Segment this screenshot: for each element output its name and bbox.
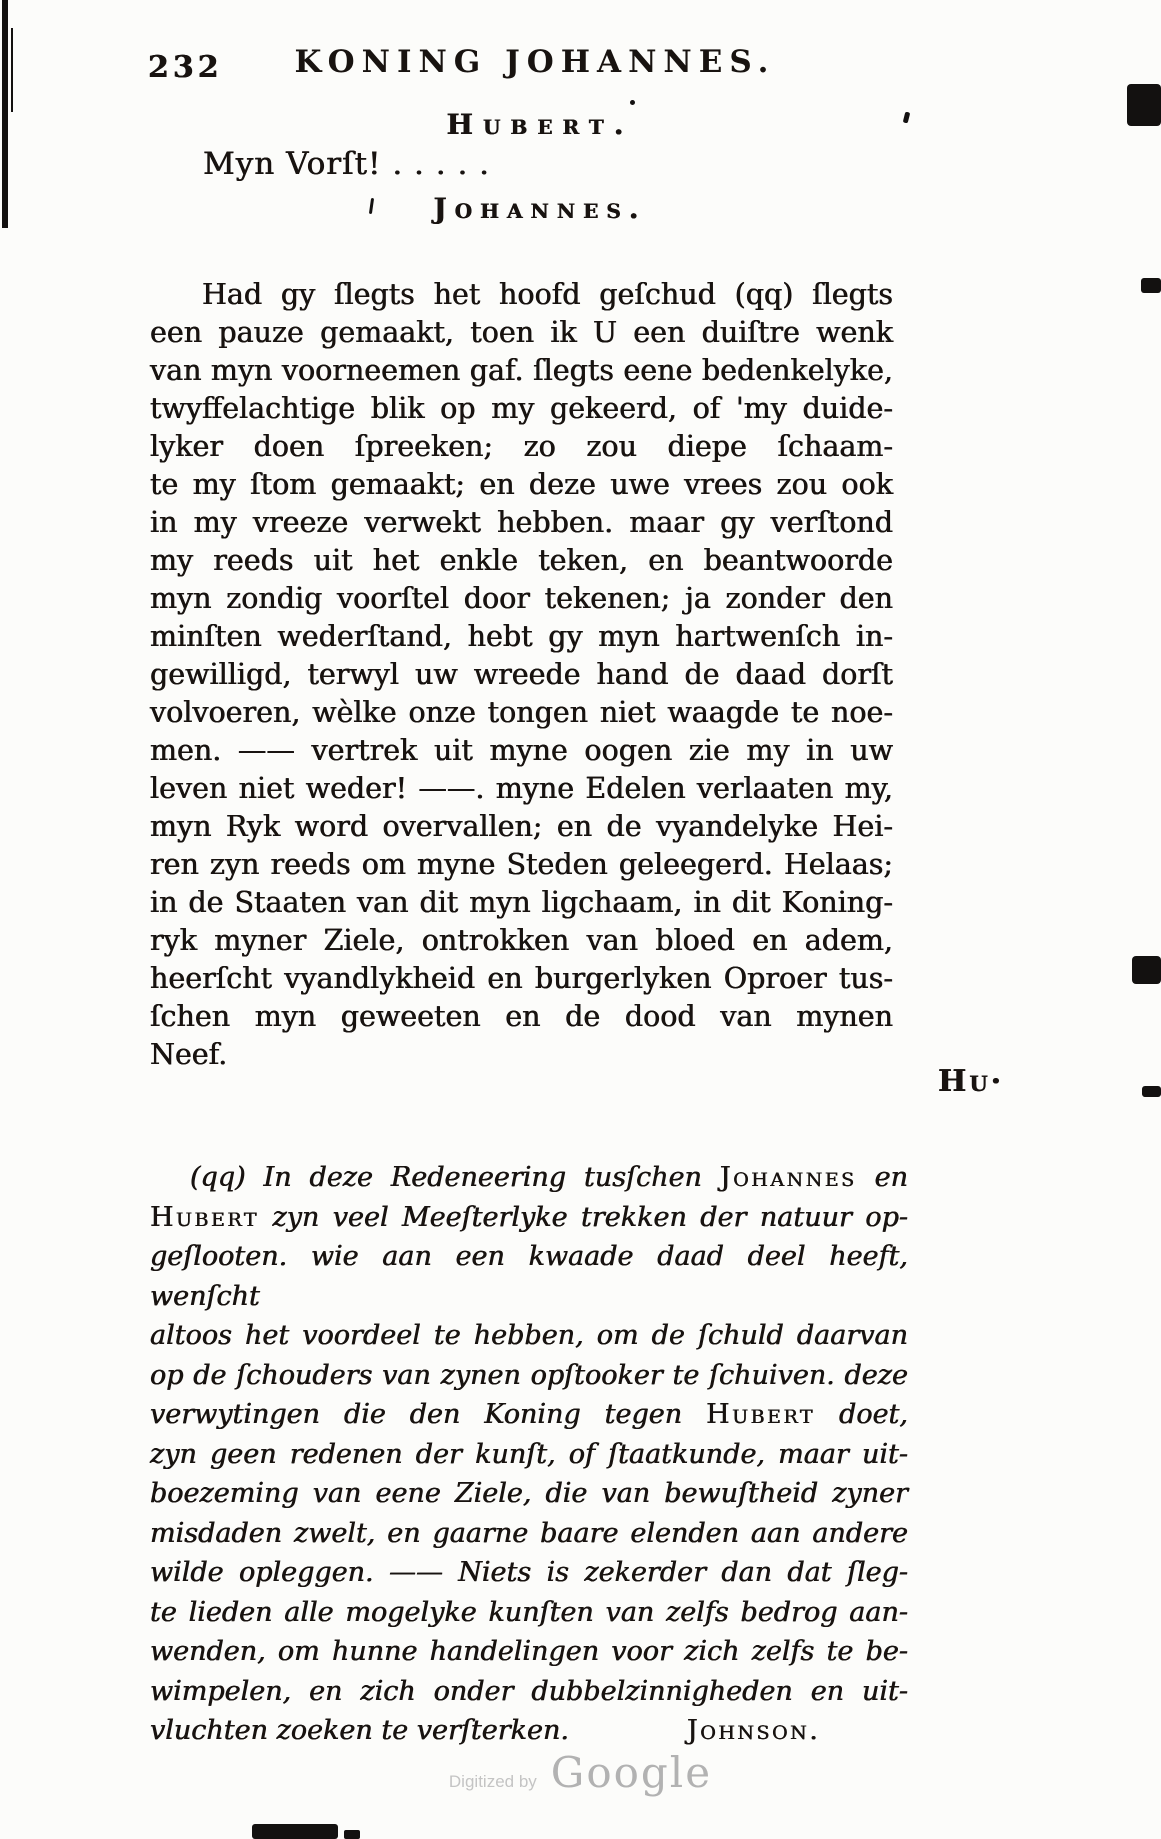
- scan-artifact-right-mark-1: [1127, 84, 1161, 126]
- speech-line: te my ſtom gemaakt; en deze uwe vrees zo…: [150, 466, 893, 504]
- footnote-text: en: [857, 1162, 908, 1193]
- footnote-text: boezeming van eene Ziele, die van bewuſt…: [150, 1478, 908, 1509]
- book-page-scan: 232 KONING JOHANNES. Hubert. Myn Vorſt! …: [0, 0, 1161, 1839]
- scan-speck-1: [903, 112, 911, 124]
- speech-line: ſchen myn geweeten en de dood van mynen: [150, 998, 893, 1036]
- speech-line: ren zyn reeds om myne Steden geleegerd. …: [150, 846, 893, 884]
- speech-line: lyker doen ſpreeken; zo zou diepe ſchaam…: [150, 428, 893, 466]
- speaker-heading-johannes: Johannes.: [200, 192, 880, 225]
- footnote-line: altoos het voordeel te hebben, om de ſch…: [150, 1316, 908, 1356]
- footnote-smallcaps-name: Johnson.: [687, 1715, 820, 1746]
- speech-line: in my vreeze verwekt hebben. maar gy ver…: [150, 504, 893, 542]
- speech-line: volvoeren, wèlke onze tongen niet waagde…: [150, 694, 893, 732]
- footnote-line: Hubert zyn veel Meeſterlyke trekken der …: [150, 1198, 908, 1238]
- speech-line: myn Ryk word overvallen; en de vyandelyk…: [150, 808, 893, 846]
- footnote-text: op de ſchouders van zynen opſtooker te ſ…: [150, 1360, 908, 1391]
- watermark: Digitized by Google: [0, 1748, 1161, 1797]
- footnote-line: wilde opleggen. —— Niets is zekerder dan…: [150, 1553, 908, 1593]
- footnote-line: geſlooten. wie aan een kwaade daad deel …: [150, 1237, 908, 1316]
- footnote-smallcaps-name: Hubert: [150, 1202, 259, 1233]
- footnote-text: wimpelen, en zich onder dubbelzinnighede…: [150, 1676, 908, 1707]
- scan-artifact-right-mark-3: [1132, 956, 1161, 984]
- speech-line: myn zondig voorſtel door tekenen; ja zon…: [150, 580, 893, 618]
- scan-speck-3: [630, 100, 635, 105]
- footnote-text: zyn veel Meeſterlyke trekken der natuur …: [259, 1202, 908, 1233]
- scan-artifact-bottom-smudge-2: [344, 1830, 360, 1839]
- speech-line: in de Staaten van dit myn ligchaam, in d…: [150, 884, 893, 922]
- speech-line: men. —— vertrek uit myne oogen zie my in…: [150, 732, 893, 770]
- footnote-text: misdaden zwelt, en gaarne baare elenden …: [150, 1518, 908, 1549]
- speech-block: Had gy ſlegts het hoofd geſchud (qq) ſle…: [150, 276, 893, 1074]
- footnote-line: boezeming van eene Ziele, die van bewuſt…: [150, 1474, 908, 1514]
- footnote-smallcaps-name: Hubert: [706, 1399, 815, 1430]
- speech-line: van myn voorneemen gaf. ſlegts eene bede…: [150, 352, 893, 390]
- footnote-text: vluchten zoeken te verſterken.: [150, 1715, 569, 1746]
- footnote-line: wenden, om hunne handelingen voor zich z…: [150, 1632, 908, 1672]
- catchword: Hu·: [938, 1064, 1004, 1099]
- speech-line: gewilligd, terwyl uw wreede hand de daad…: [150, 656, 893, 694]
- footnote-text: zyn geen redenen der kunſt, of ſtaatkund…: [150, 1439, 908, 1470]
- watermark-prefix: Digitized by: [449, 1772, 537, 1792]
- footnote-line: verwytingen die den Koning tegen Hubert …: [150, 1395, 908, 1435]
- footnote-line: (qq) In deze Redeneering tusſchen Johann…: [150, 1158, 908, 1198]
- footnote-text: geſlooten. wie aan een kwaade daad deel …: [150, 1241, 908, 1312]
- speech-line: heerſcht vyandlykheid en burgerlyken Opr…: [150, 960, 893, 998]
- footnote-smallcaps-name: Johannes: [720, 1162, 857, 1193]
- speech-line: ryk myner Ziele, ontrokken van bloed en …: [150, 922, 893, 960]
- scan-artifact-right-mark-4: [1142, 1086, 1161, 1097]
- page-number: 232: [148, 50, 223, 85]
- google-logo: Google: [551, 1748, 712, 1797]
- speech-line: twyffelachtige blik op my gekeerd, of 'm…: [150, 390, 893, 428]
- speech-line: een pauze gemaakt, toen ik U een duiſtre…: [150, 314, 893, 352]
- footnote-line: op de ſchouders van zynen opſtooker te ſ…: [150, 1356, 908, 1396]
- speaker-heading-hubert: Hubert.: [200, 108, 880, 141]
- hubert-dialogue-line: Myn Vorſt! . . . . .: [203, 146, 490, 182]
- speech-line: Had gy ſlegts het hoofd geſchud (qq) ſle…: [150, 276, 893, 314]
- footnote-text: altoos het voordeel te hebben, om de ſch…: [150, 1320, 908, 1351]
- footnote-line: vluchten zoeken te verſterken.Johnson.: [150, 1711, 908, 1751]
- footnote-line: wimpelen, en zich onder dubbelzinnighede…: [150, 1672, 908, 1712]
- footnote-text: (qq) In deze Redeneering tusſchen: [190, 1162, 720, 1193]
- scan-artifact-left-edge-line: [2, 0, 8, 228]
- footnote-block: (qq) In deze Redeneering tusſchen Johann…: [150, 1158, 908, 1751]
- scan-artifact-right-mark-2: [1141, 278, 1161, 293]
- speech-line: Neef.: [150, 1036, 893, 1074]
- speech-line: leven niet weder! ——. myne Edelen verlaa…: [150, 770, 893, 808]
- footnote-text: verwytingen die den Koning tegen: [150, 1399, 706, 1430]
- scan-artifact-left-edge-line2: [11, 28, 13, 112]
- footnote-line: misdaden zwelt, en gaarne baare elenden …: [150, 1514, 908, 1554]
- footnote-text: doet,: [815, 1399, 908, 1430]
- page-title: KONING JOHANNES.: [255, 44, 815, 80]
- footnote-line: zyn geen redenen der kunſt, of ſtaatkund…: [150, 1435, 908, 1475]
- footnote-text: te lieden alle mogelyke kunſten van zelf…: [150, 1597, 908, 1628]
- footnote-text: wenden, om hunne handelingen voor zich z…: [150, 1636, 908, 1667]
- speech-line: minſten wederſtand, hebt gy myn hartwenſ…: [150, 618, 893, 656]
- scan-artifact-bottom-smudge: [252, 1824, 338, 1839]
- speech-line: my reeds uit het enkle teken, en beantwo…: [150, 542, 893, 580]
- footnote-text: wilde opleggen. —— Niets is zekerder dan…: [150, 1557, 908, 1588]
- footnote-line: te lieden alle mogelyke kunſten van zelf…: [150, 1593, 908, 1633]
